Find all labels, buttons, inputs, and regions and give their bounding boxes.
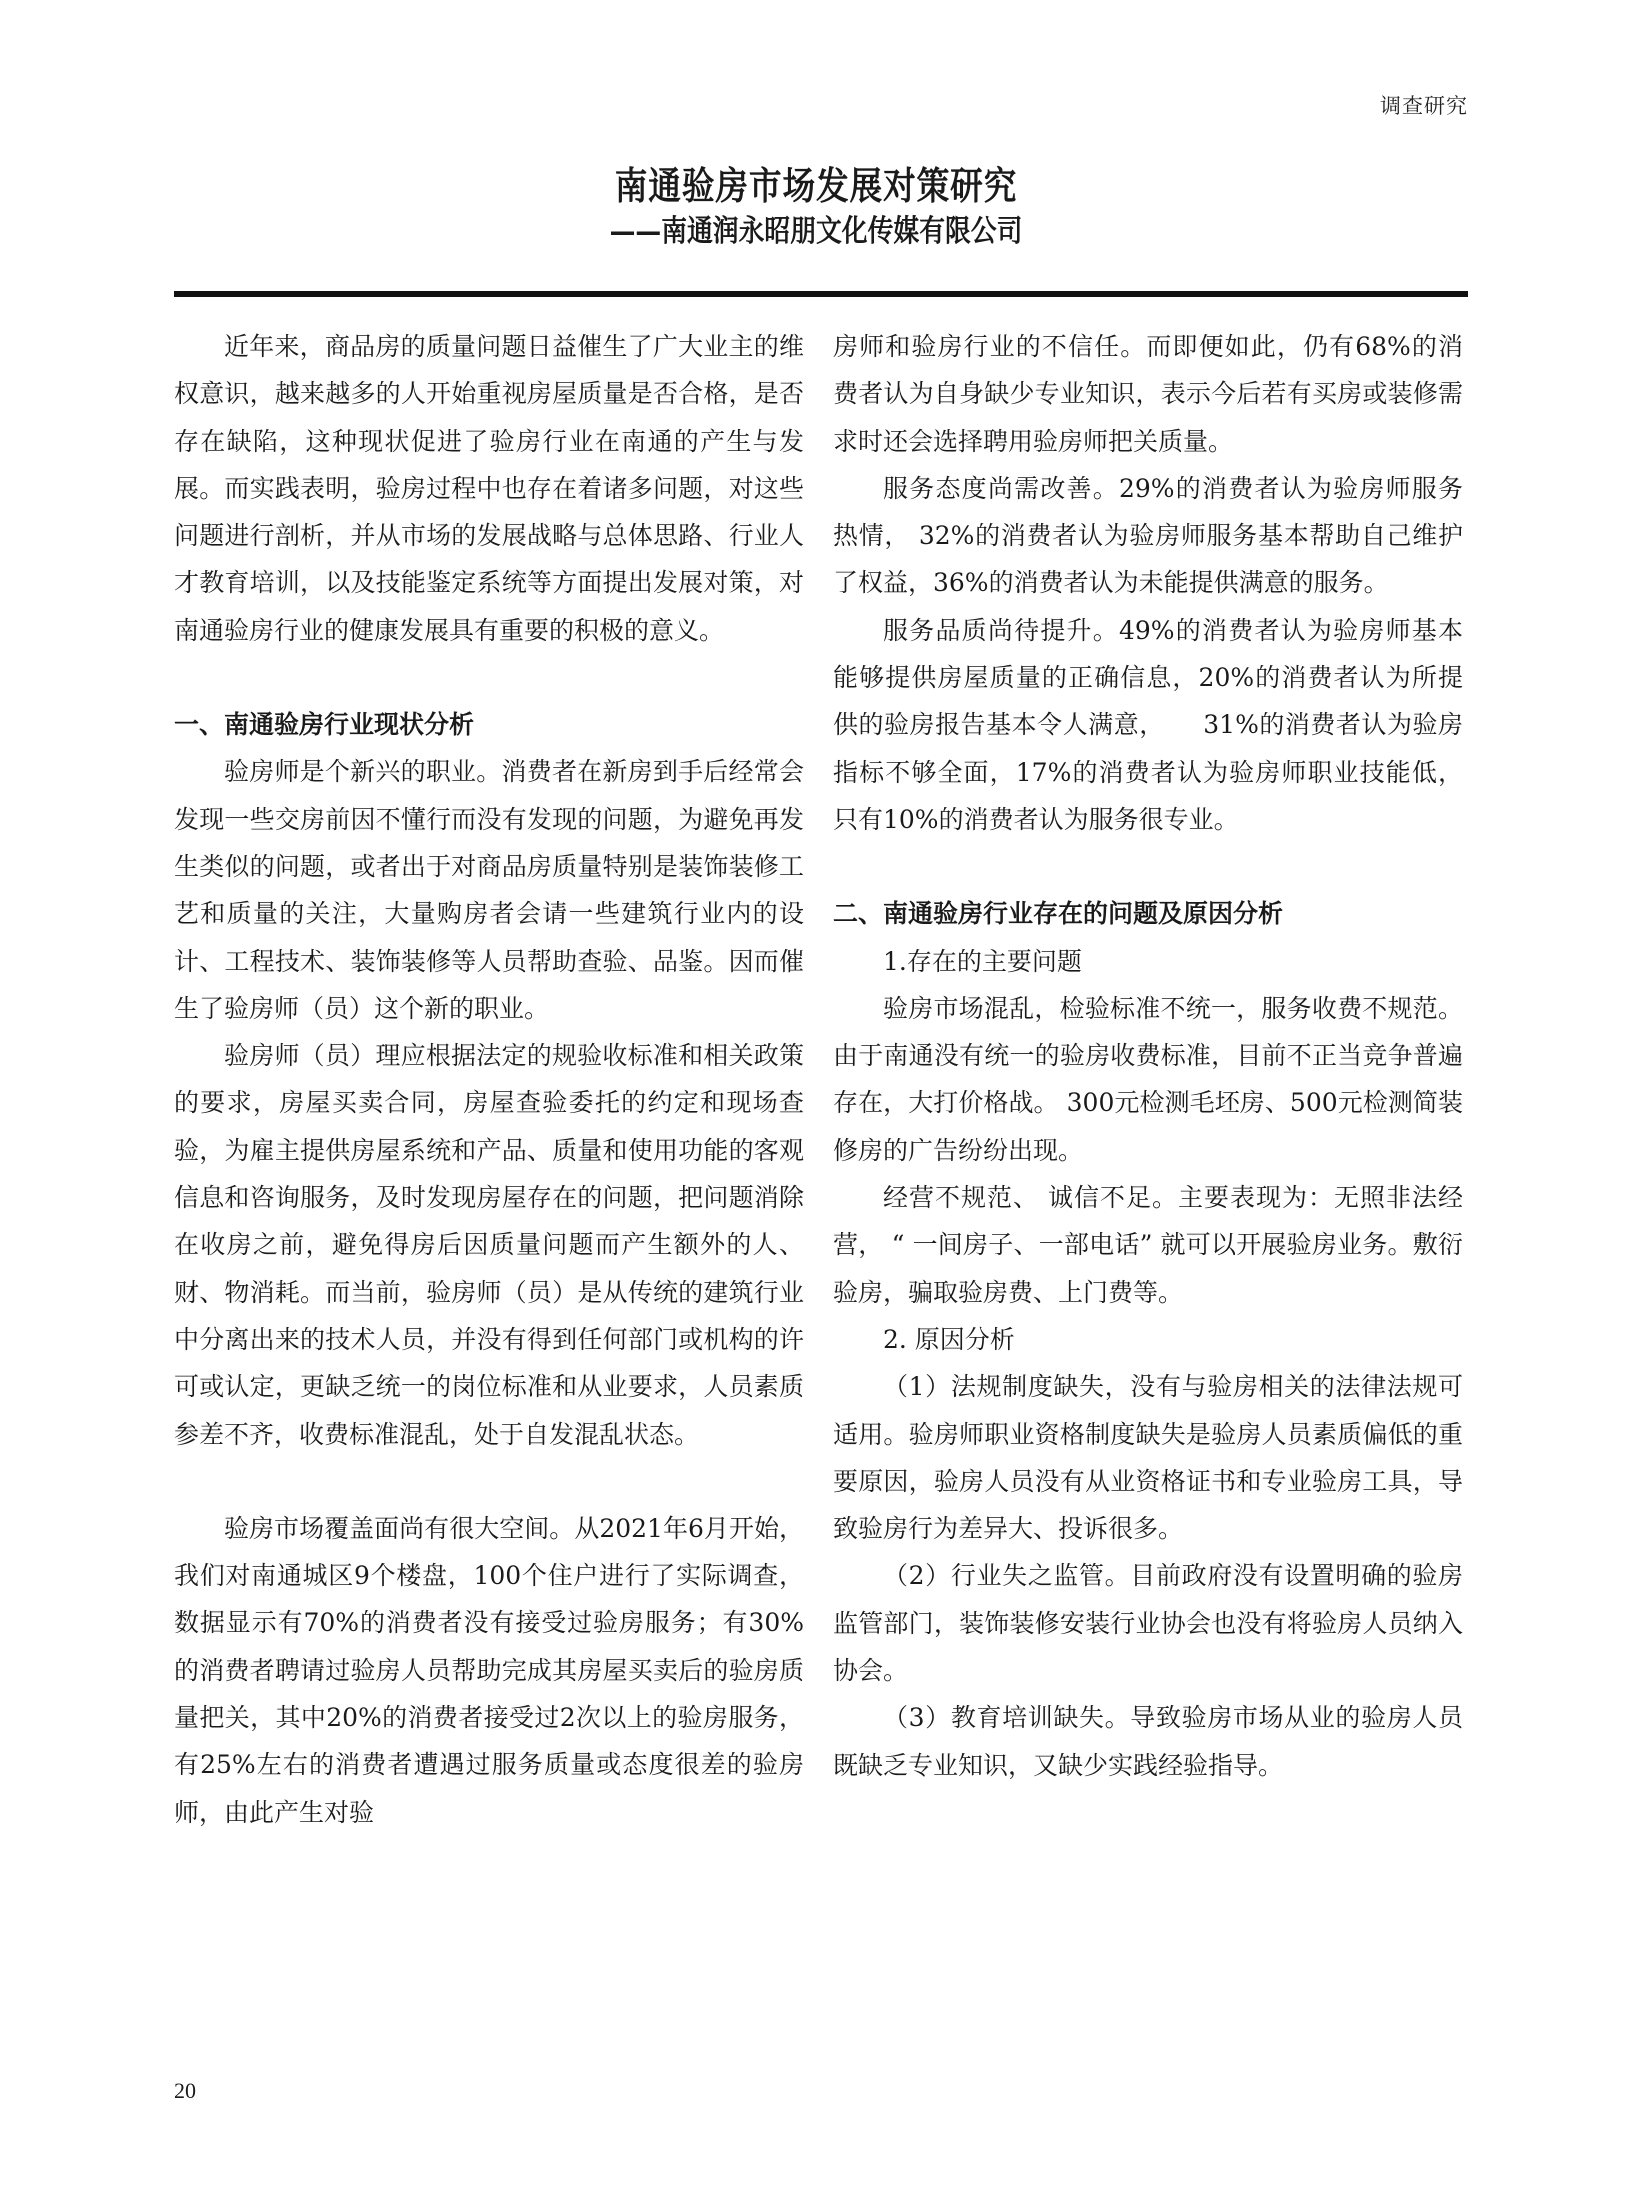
problem-2-paragraph: 经营不规范、 诚信不足。主要表现为：无照非法经营， “ 一间房子、一部电话” 就… bbox=[833, 1174, 1463, 1316]
continued-paragraph: 房师和验房行业的不信任。而即便如此，仍有68%的消费者认为自身缺少专业知识，表示… bbox=[833, 323, 1463, 465]
subsection-1-heading: 1.存在的主要问题 bbox=[833, 938, 1463, 985]
service-quality-paragraph: 服务品质尚待提升。49%的消费者认为验房师基本能够提供房屋质量的正确信息，20%… bbox=[833, 607, 1463, 843]
service-attitude-paragraph: 服务态度尚需改善。29%的消费者认为验房师服务热情， 32%的消费者认为验房师服… bbox=[833, 465, 1463, 607]
running-head-section-label: 调查研究 bbox=[1380, 90, 1468, 120]
subsection-2-heading: 2. 原因分析 bbox=[833, 1316, 1463, 1363]
cause-1-paragraph: （1）法规制度缺失，没有与验房相关的法律法规可适用。验房师职业资格制度缺失是验房… bbox=[833, 1363, 1463, 1552]
section-1-paragraph-1: 验房师是个新兴的职业。消费者在新房到手后经常会发现一些交房前因不懂行而没有发现的… bbox=[174, 748, 804, 1032]
article-title: 南通验房市场发展对策研究 bbox=[114, 163, 1518, 209]
right-column: 房师和验房行业的不信任。而即便如此，仍有68%的消费者认为自身缺少专业知识，表示… bbox=[833, 323, 1463, 1789]
section-1-paragraph-2: 验房师（员）理应根据法定的规验收标准和相关政策的要求，房屋买卖合同，房屋查验委托… bbox=[174, 1032, 804, 1458]
section-1-paragraph-3: 验房市场覆盖面尚有很大空间。从2021年6月开始，我们对南通城区9个楼盘，100… bbox=[174, 1505, 804, 1836]
title-block: 南通验房市场发展对策研究 ——南通润永昭朋文化传媒有限公司 bbox=[0, 163, 1632, 253]
left-column: 近年来，商品房的质量问题日益催生了广大业主的维权意识，越来越多的人开始重视房屋质… bbox=[174, 323, 804, 1836]
section-2-heading: 二、南通验房行业存在的问题及原因分析 bbox=[833, 890, 1463, 937]
cause-2-paragraph: （2）行业失之监管。目前政府没有设置明确的验房监管部门，装饰装修安装行业协会也没… bbox=[833, 1552, 1463, 1694]
section-1-heading: 一、南通验房行业现状分析 bbox=[174, 701, 804, 748]
title-divider bbox=[174, 291, 1468, 297]
cause-3-paragraph: （3）教育培训缺失。导致验房市场从业的验房人员既缺乏专业知识，又缺少实践经验指导… bbox=[833, 1694, 1463, 1789]
article-subtitle: ——南通润永昭朋文化传媒有限公司 bbox=[114, 211, 1518, 253]
problem-1-paragraph: 验房市场混乱，检验标准不统一，服务收费不规范。由于南通没有统一的验房收费标准，目… bbox=[833, 985, 1463, 1174]
spacer bbox=[174, 654, 804, 701]
page-number: 20 bbox=[174, 2078, 196, 2104]
spacer bbox=[174, 1458, 804, 1505]
intro-paragraph: 近年来，商品房的质量问题日益催生了广大业主的维权意识，越来越多的人开始重视房屋质… bbox=[174, 323, 804, 654]
spacer bbox=[833, 843, 1463, 890]
